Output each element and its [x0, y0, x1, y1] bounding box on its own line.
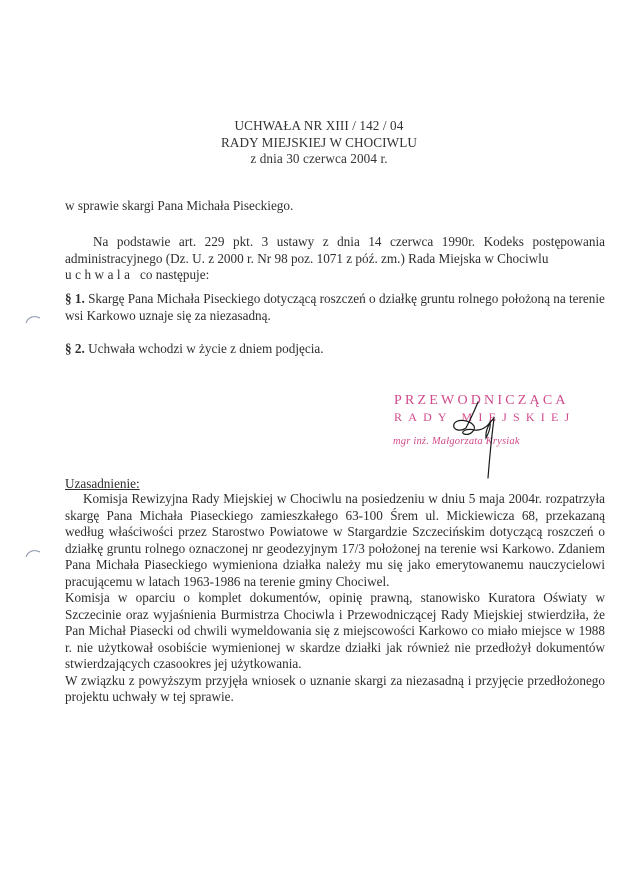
justification-paragraph: Komisja w oparciu o komplet dokumentów, … [65, 590, 605, 673]
paragraph-2: § 2. Uchwała wchodzi w życie z dniem pod… [65, 341, 605, 358]
resolution-header: UCHWAŁA NR XIII / 142 / 04 RADY MIEJSKIE… [0, 118, 638, 168]
preamble: Na podstawie art. 229 pkt. 3 ustawy z dn… [65, 234, 605, 284]
council-name: RADY MIEJSKIEJ W CHOCIWLU [0, 135, 638, 152]
justification-body: Komisja Rewizyjna Rady Miejskiej w Choci… [65, 491, 605, 706]
resolves-word: uchwala [65, 267, 133, 282]
paragraph-1-mark: § 1. [65, 291, 85, 306]
resolution-subject: w sprawie skargi Pana Michała Piseckiego… [65, 198, 605, 215]
hole-punch-mark-icon [24, 314, 44, 324]
paragraph-1-text: Skargę Pana Michała Piseckiego dotyczącą… [65, 291, 605, 323]
paragraph-2-mark: § 2. [65, 341, 85, 356]
resolution-date: z dnia 30 czerwca 2004 r. [0, 151, 638, 168]
justification-paragraph: Komisja Rewizyjna Rady Miejskiej w Choci… [65, 491, 605, 590]
preamble-resolves: uchwala co następuje: [65, 267, 605, 284]
preamble-text: Na podstawie art. 229 pkt. 3 ustawy z dn… [65, 234, 605, 267]
justification-paragraph: W związku z powyższym przyjęła wniosek o… [65, 673, 605, 706]
paragraph-1: § 1. Skargę Pana Michała Piseckiego doty… [65, 291, 605, 324]
resolves-rest: co następuje: [140, 267, 209, 282]
paragraph-2-text: Uchwała wchodzi w życie z dniem podjęcia… [88, 341, 323, 356]
scanned-document-page: UCHWAŁA NR XIII / 142 / 04 RADY MIEJSKIE… [0, 0, 638, 877]
resolution-number: UCHWAŁA NR XIII / 142 / 04 [0, 118, 638, 135]
handwritten-signature-icon [430, 400, 520, 480]
hole-punch-mark-icon [24, 548, 44, 558]
